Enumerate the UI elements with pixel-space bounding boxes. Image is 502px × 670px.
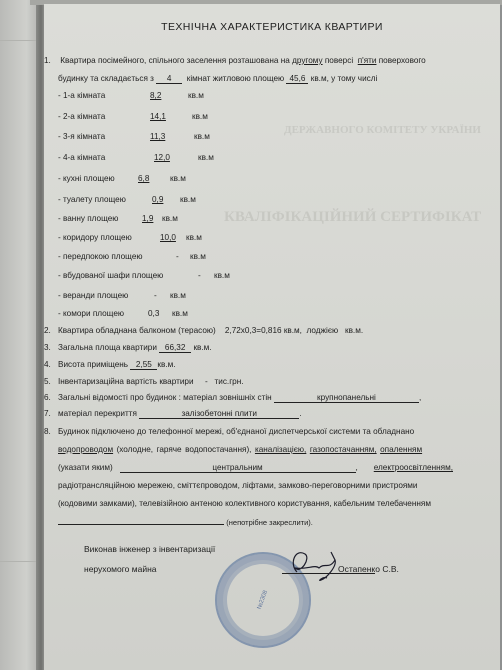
item5-number: 5. xyxy=(44,377,58,386)
item3-line: 3.Загальна площа квартири 66,32 кв.м. xyxy=(44,343,212,353)
room-row: - 3-я кімната11,3кв.м xyxy=(58,132,105,141)
page-title: ТЕХНІЧНА ХАРАКТЕРИСТИКА КВАРТИРИ xyxy=(44,21,500,33)
punctuation: , xyxy=(419,393,421,402)
inventory-value: - xyxy=(205,377,208,386)
balcony-unit: кв.м, xyxy=(284,326,302,335)
floor-slab-material-value: залізобетонні плити xyxy=(139,409,299,419)
room-unit: кв.м xyxy=(198,153,214,162)
item2-number: 2. xyxy=(44,326,58,335)
sewerage: каналізацією, xyxy=(255,445,306,454)
room-unit: кв.м xyxy=(170,291,186,300)
room-row: - кухні площею6,8кв.м xyxy=(58,174,115,183)
item1-line1: 1. Квартира посімейного, спільного засел… xyxy=(44,56,426,65)
item1-text: будинку та складається з xyxy=(58,74,154,83)
room-unit: кв.м xyxy=(186,233,202,242)
room-label: - 3-я кімната xyxy=(58,132,105,141)
item8-text: (кодовими замками), телевізійною антеною… xyxy=(58,499,431,508)
item7-number: 7. xyxy=(44,409,58,418)
room-row: - туалету площею0,9кв.м xyxy=(58,195,126,204)
total-area-value: 66,32 xyxy=(159,343,191,353)
item8-line4: радіотрансляційною мережею, сміттєпровод… xyxy=(58,481,418,490)
item2-text: Квартира обладнана балконом (терасою) xyxy=(58,326,216,335)
room-row: - вбудованої шафи площею-кв.м xyxy=(58,271,163,280)
ceiling-height-unit: кв.м. xyxy=(157,360,175,369)
room-label: - туалету площею xyxy=(58,195,126,204)
room-value: 6,8 xyxy=(138,174,149,183)
room-unit: кв.м xyxy=(192,112,208,121)
item5-line: 5.Інвентаризаційна вартість квартири - т… xyxy=(44,377,244,386)
item8-line2: водопроводом (холодне, гаряче водопостач… xyxy=(58,445,422,454)
room-label: - кухні площею xyxy=(58,174,115,183)
room-row: - 2-а кімната14,1кв.м xyxy=(58,112,105,121)
blank-line xyxy=(58,524,224,525)
ceiling-height-value: 2,55 xyxy=(130,360,157,370)
item8-line6: (непотрібне закреслити). xyxy=(58,518,313,527)
inventory-unit: тис.грн. xyxy=(215,377,244,386)
heating: опаленням xyxy=(380,445,422,454)
room-value: 1,9 xyxy=(142,214,153,223)
room-value: - xyxy=(176,252,179,261)
signer-name: Остапенко С.В. xyxy=(338,564,399,574)
wall-material-value: крупнопанельні xyxy=(274,393,419,403)
room-value: 12,0 xyxy=(154,153,170,162)
room-label: - 1-а кімната xyxy=(58,91,105,100)
room-label: - коридору площею xyxy=(58,233,132,242)
floor-value: другому xyxy=(292,56,323,65)
room-row: - коридору площею10,0кв.м xyxy=(58,233,132,242)
room-label: - веранди площею xyxy=(58,291,128,300)
item8-line1: 8.Будинок підключено до телефонної мереж… xyxy=(44,427,414,436)
room-unit: кв.м xyxy=(188,91,204,100)
room-unit: кв.м xyxy=(194,132,210,141)
room-unit: кв.м xyxy=(172,309,188,318)
item6-text: Загальні відомості про будинок : матеріа… xyxy=(58,393,272,402)
item5-text: Інвентаризаційна вартість квартири xyxy=(58,377,194,386)
room-label: - передпокою площею xyxy=(58,252,143,261)
loggia-unit: кв.м. xyxy=(345,326,363,335)
stamp-number: №2308 xyxy=(256,589,270,610)
room-label: - вбудованої шафи площею xyxy=(58,271,163,280)
item1-text: Квартира посімейного, спільного заселенн… xyxy=(60,56,290,65)
facing-page-frame xyxy=(0,40,37,562)
item7-line: 7.матеріал перекриття залізобетонні плит… xyxy=(44,409,302,419)
heating-type-value: центральним xyxy=(120,463,356,473)
item4-text: Висота приміщень xyxy=(58,360,128,369)
living-area-value: 45,6 xyxy=(286,74,308,84)
punctuation: . xyxy=(299,409,301,418)
item1-number: 1. xyxy=(44,56,58,65)
item6-number: 6. xyxy=(44,393,58,402)
item8-number: 8. xyxy=(44,427,58,436)
item1-text: поверхового xyxy=(379,56,426,65)
balcony-area-value: 2,72х0,3=0,816 xyxy=(225,326,282,335)
item1-text: кв.м, у тому числі xyxy=(311,74,378,83)
item3-number: 3. xyxy=(44,343,58,352)
signer-role-line2: нерухомого майна xyxy=(84,564,157,574)
item2-line: 2.Квартира обладнана балконом (терасою) … xyxy=(44,326,363,335)
item1-line2: будинку та складається з 4 кімнат житлов… xyxy=(58,74,377,84)
rooms-count-value: 4 xyxy=(156,74,182,84)
item4-number: 4. xyxy=(44,360,58,369)
room-label: - комори площею xyxy=(58,309,124,318)
watermark-org: ДЕРЖАВНОГО КОМІТЕТУ УКРАЇНИ xyxy=(284,124,481,136)
strike-note: (непотрібне закреслити). xyxy=(226,518,313,527)
room-row: - 4-а кімната12,0кв.м xyxy=(58,153,105,162)
room-value: 0,3 xyxy=(148,309,159,318)
item3-text: Загальна площа квартири xyxy=(58,343,157,352)
room-value: 10,0 xyxy=(160,233,176,242)
item1-text: кімнат житловою площею xyxy=(187,74,284,83)
room-unit: кв.м xyxy=(180,195,196,204)
water-supply: водопроводом xyxy=(58,445,113,454)
room-value: - xyxy=(198,271,201,280)
electricity: електроосвітленням, xyxy=(374,463,453,472)
loggia-label: лоджією xyxy=(307,326,339,335)
item4-line: 4.Висота приміщень 2,55кв.м. xyxy=(44,360,175,370)
room-unit: кв.м xyxy=(170,174,186,183)
room-row: - 1-а кімната8,2кв.м xyxy=(58,91,105,100)
item1-text: поверсі xyxy=(325,56,353,65)
floors-total-value: п'яти xyxy=(358,56,377,65)
room-unit: кв.м xyxy=(214,271,230,280)
room-value: 14,1 xyxy=(150,112,166,121)
item8-text: радіотрансляційною мережею, сміттєпровод… xyxy=(58,481,418,490)
item7-text: матеріал перекриття xyxy=(58,409,137,418)
water-note: (холодне, гаряче водопостачання), xyxy=(117,445,252,454)
which-label: (указати яким) xyxy=(58,463,113,472)
room-row: - комори площею0,3кв.м xyxy=(58,309,124,318)
room-row: - веранди площею-кв.м xyxy=(58,291,128,300)
room-value: 11,3 xyxy=(150,132,165,141)
room-unit: кв.м xyxy=(190,252,206,261)
document-page: КВАЛІФІКАЦІЙНИЙ СЕРТИФІКАТ ДЕРЖАВНОГО КО… xyxy=(44,4,500,670)
signer-role-line1: Виконав інженер з інвентаризації xyxy=(84,544,215,554)
total-area-unit: кв.м. xyxy=(193,343,211,352)
watermark-heading: КВАЛІФІКАЦІЙНИЙ СЕРТИФІКАТ xyxy=(224,209,481,226)
item8-text: Будинок підключено до телефонної мережі,… xyxy=(58,427,414,436)
room-label: - 2-а кімната xyxy=(58,112,105,121)
item6-line: 6.Загальні відомості про будинок : матер… xyxy=(44,393,421,403)
room-label: - 4-а кімната xyxy=(58,153,105,162)
room-unit: кв.м xyxy=(162,214,178,223)
room-value: 8,2 xyxy=(150,91,161,100)
item8-line5: (кодовими замками), телевізійною антеною… xyxy=(58,499,431,508)
room-value: - xyxy=(154,291,157,300)
gas-supply: газопостачанням, xyxy=(310,445,377,454)
room-row: - ванну площею1,9кв.м xyxy=(58,214,118,223)
item8-line3: (указати яким) центральним, електроосвіт… xyxy=(58,463,453,473)
room-value: 0,9 xyxy=(152,195,163,204)
room-row: - передпокою площею-кв.м xyxy=(58,252,143,261)
room-label: - ванну площею xyxy=(58,214,118,223)
